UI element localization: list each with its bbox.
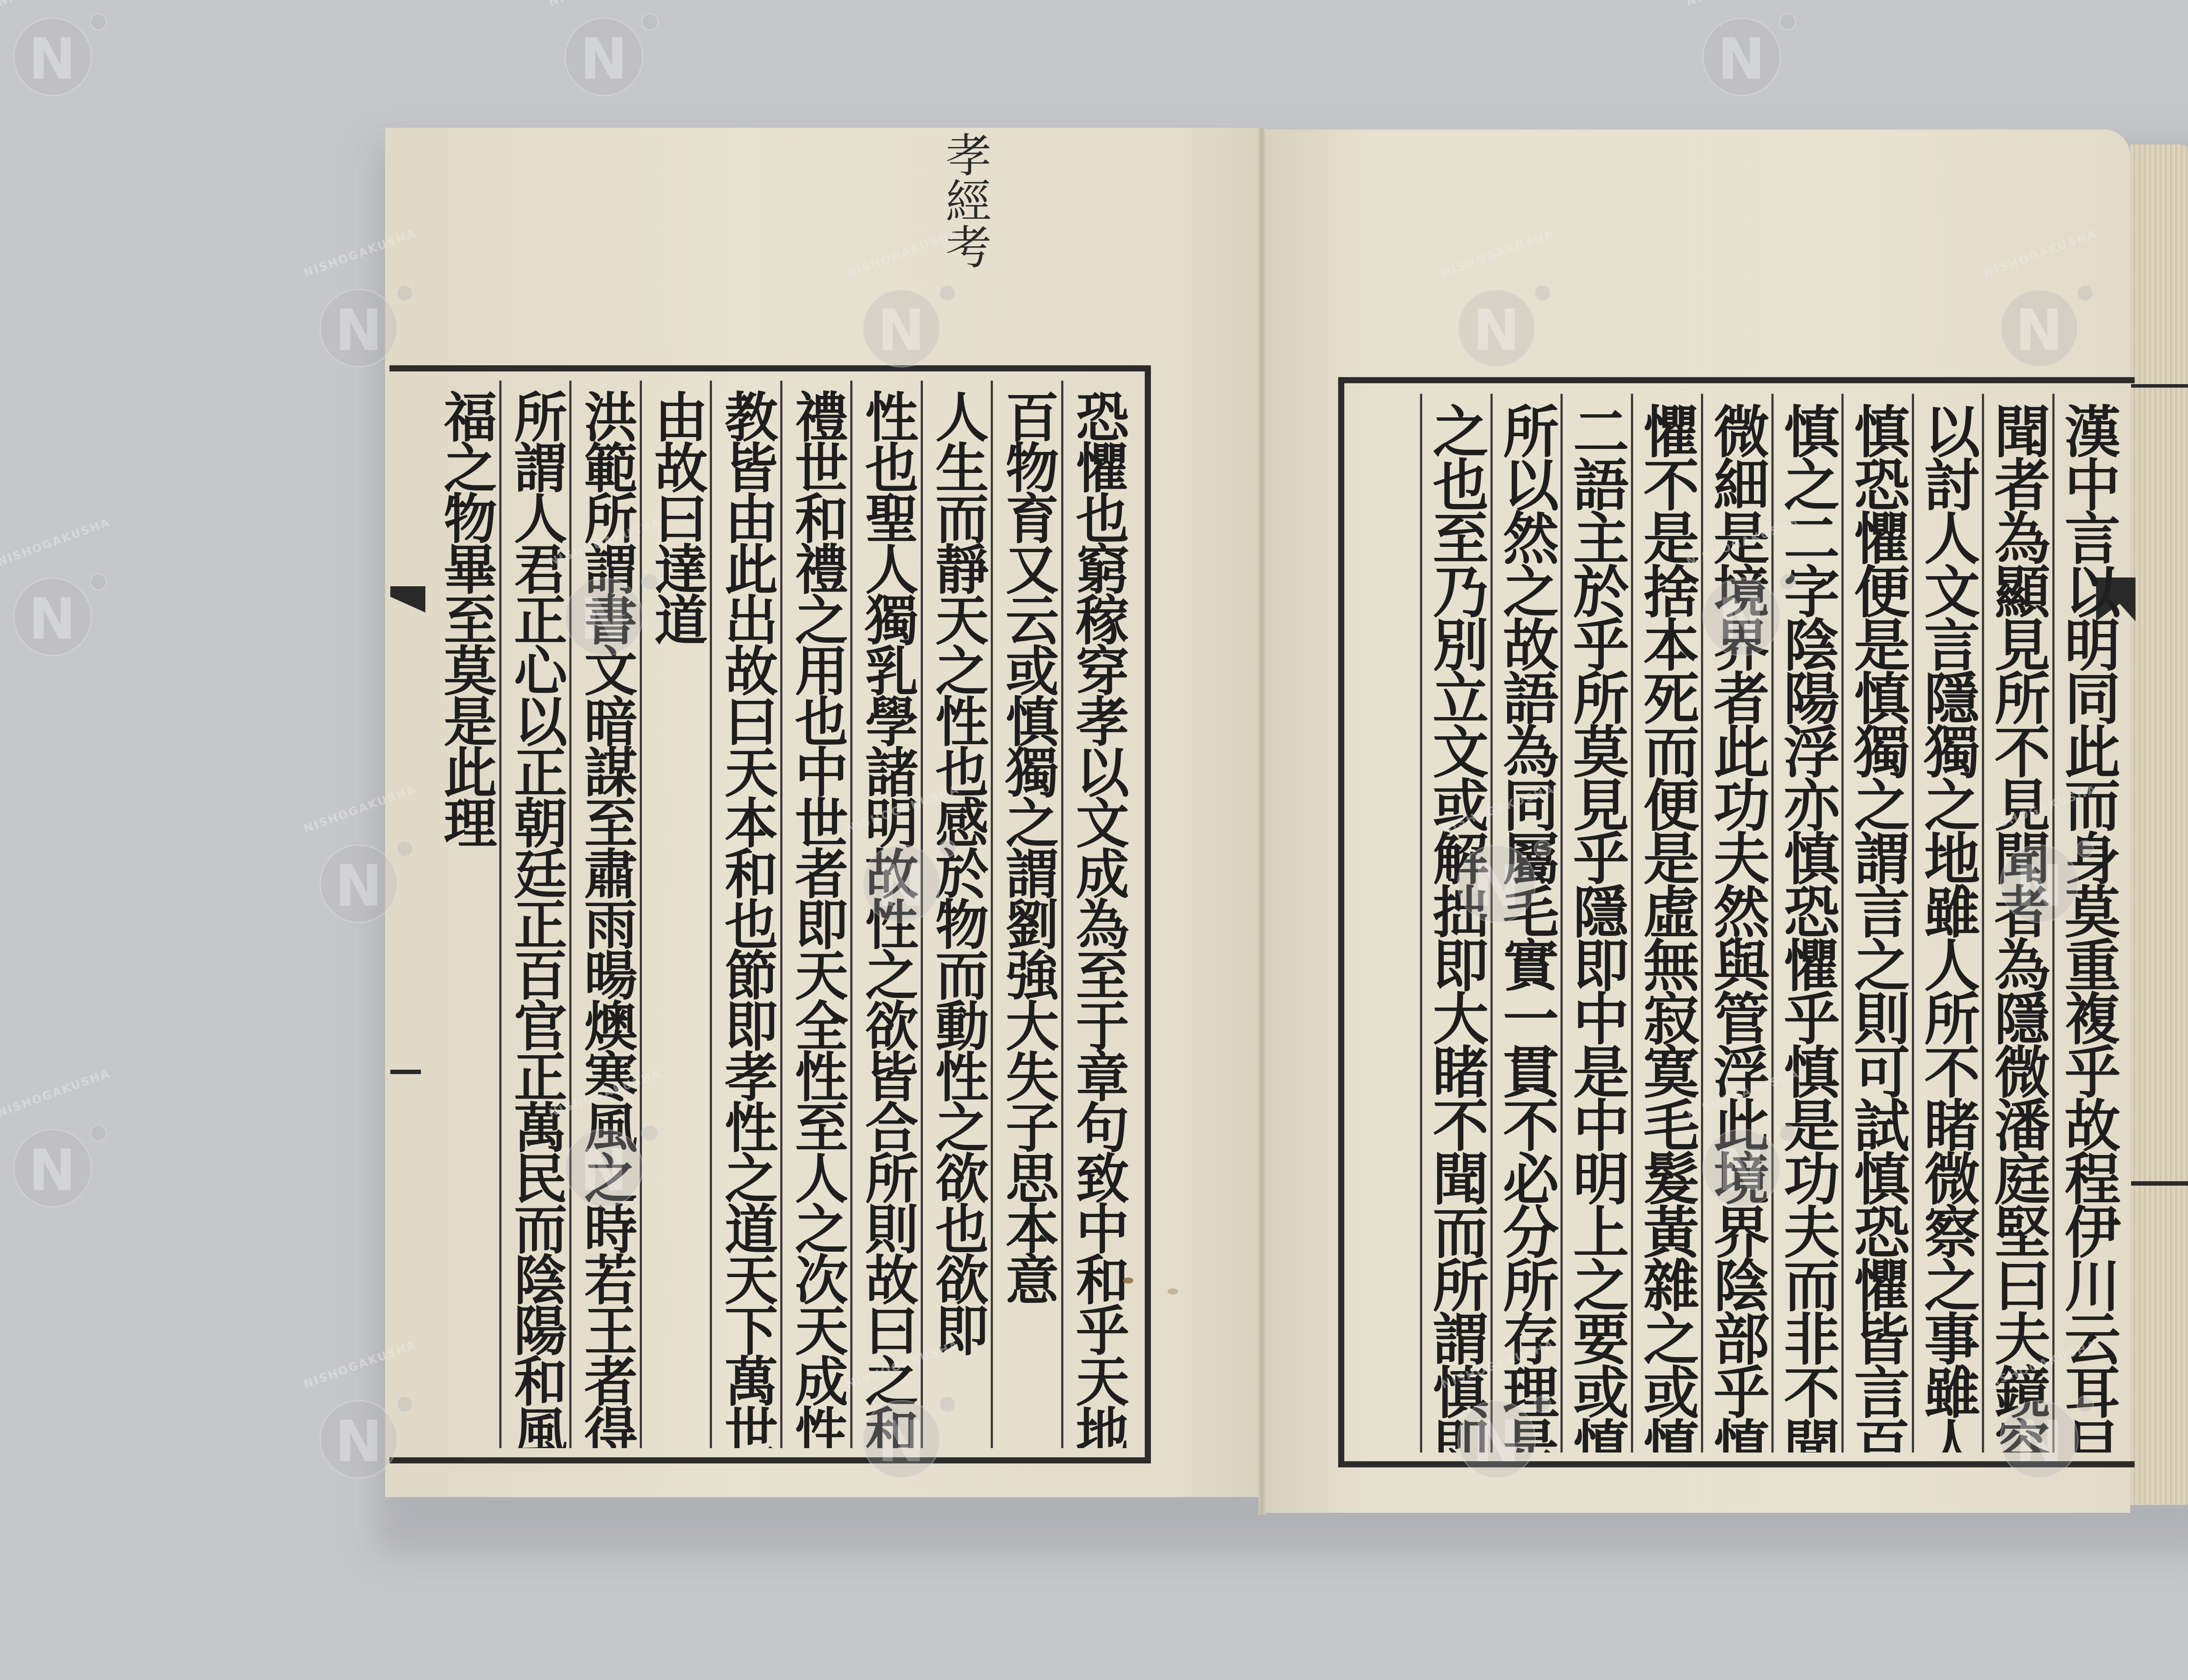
text-column: 恐懼也窮稼穿孝以文成為至于章句致中和乎天地位: [1061, 381, 1132, 1448]
watermark-logo-icon: NNISHOGAKUSHA: [551, 560, 661, 669]
wormhole: [1123, 1277, 1133, 1284]
text-column: 福之物畢至莫是此理: [431, 381, 499, 1448]
text-column: 懼不是捨本死而便是虛無寂寞毛髮黃雜之或慎: [1631, 394, 1701, 1452]
text-column: 所謂人君正心以正朝廷正百官正萬民而陰陽和風雨時諸: [499, 381, 570, 1448]
text-column: 以討人文言隱獨之地雖人所不睹微察之事雖人所聞或: [1912, 394, 1982, 1452]
watermark-logo-icon: NNISHOGAKUSHA: [1987, 271, 2096, 381]
watermark-logo-icon: NNISHOGAKUSHA: [306, 1382, 416, 1492]
right-top-rule: [2131, 384, 2188, 388]
watermark-logo-icon: NNISHOGAKUSHA: [0, 560, 109, 669]
margin-note: 孝經考: [941, 131, 989, 269]
text-column: 二語主於乎所莫見乎隱即中是中明上之要或慎恐懼: [1560, 394, 1630, 1452]
watermark-logo-icon: NNISHOGAKUSHA: [849, 827, 958, 936]
text-column: 教皆由此出故曰天本和也節即孝性之道天下萬世之所: [710, 381, 780, 1448]
book-gutter: [1259, 128, 1266, 1515]
watermark-logo-icon: NNISHOGAKUSHA: [1689, 1111, 1799, 1221]
watermark-logo-icon: NNISHOGAKUSHA: [849, 1382, 958, 1492]
watermark-logo-icon: NNISHOGAKUSHA: [306, 271, 416, 381]
watermark-logo-icon: NNISHOGAKUSHA: [1987, 1382, 2096, 1492]
right-center-line: [2131, 1181, 2188, 1186]
watermark-logo-icon: NNISHOGAKUSHA: [1987, 827, 2096, 936]
watermark-logo-icon: NNISHOGAKUSHA: [849, 271, 958, 381]
text-column: 禮世和禮之用也中世者即天全性至人之次天成性防欲之: [780, 381, 851, 1448]
left-page-columns: 恐懼也窮稼穿孝以文成為至于章句致中和乎天地位 百物育又云或慎獨之謂劉強大失子思本…: [431, 381, 1131, 1448]
wormhole: [1168, 1288, 1178, 1295]
watermark-logo-icon: NNISHOGAKUSHA: [1689, 0, 1799, 109]
text-column: 慎恐懼便是慎獨之謂言之則可試慎恐懼皆言百是: [1841, 394, 1911, 1452]
text-column: [1352, 394, 1420, 1452]
watermark-logo-icon: NNISHOGAKUSHA: [0, 1111, 109, 1221]
watermark-logo-icon: NNISHOGAKUSHA: [1689, 560, 1799, 669]
watermark-logo-icon: NNISHOGAKUSHA: [1444, 827, 1553, 936]
watermark-logo-icon: NNISHOGAKUSHA: [551, 0, 661, 109]
watermark-logo-icon: NNISHOGAKUSHA: [1444, 271, 1553, 381]
watermark-logo-icon: NNISHOGAKUSHA: [1444, 1382, 1553, 1492]
watermark-logo-icon: NNISHOGAKUSHA: [551, 1111, 661, 1221]
left-center-line: [390, 1070, 421, 1074]
book-fore-edge: [2130, 144, 2188, 1505]
watermark-logo-icon: NNISHOGAKUSHA: [0, 0, 109, 109]
watermark-logo-icon: NNISHOGAKUSHA: [306, 827, 416, 936]
text-column: 百物育又云或慎獨之謂劉強大失子思本意: [991, 381, 1061, 1448]
text-column: 慎之二字陰陽浮亦慎恐懼乎慎是功夫而非不聞上陰: [1771, 394, 1841, 1452]
text-column: 由故曰達道: [640, 381, 710, 1448]
